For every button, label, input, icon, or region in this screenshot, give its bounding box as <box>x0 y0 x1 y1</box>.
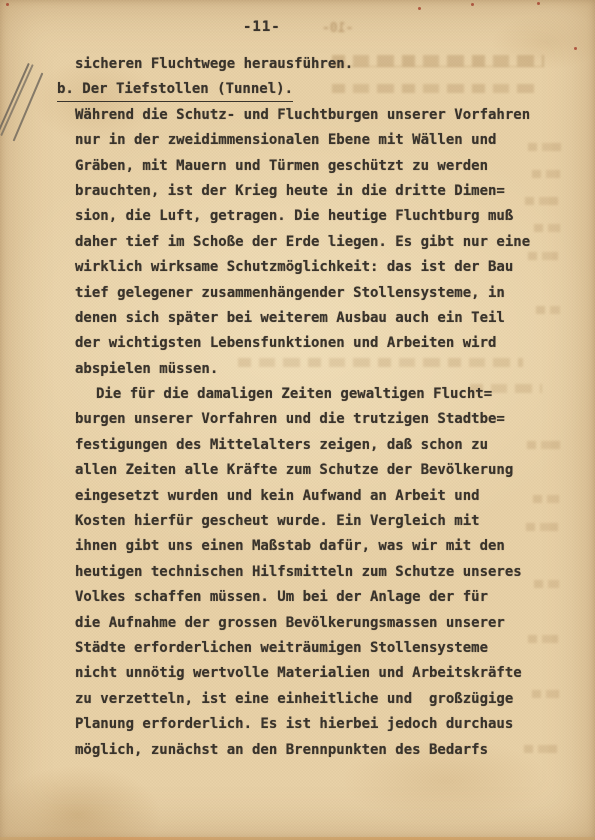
scanned-document-page: -11- -10- sicheren Fluchtwege herausführ… <box>0 0 595 840</box>
text-line: burgen unserer Vorfahren und die trutzig… <box>75 407 545 432</box>
text-line: ihnen gibt uns einen Maßstab dafür, was … <box>75 534 545 559</box>
text-line: Planung erforderlich. Es ist hierbei jed… <box>75 712 545 737</box>
bleedthrough-page-number: -10- <box>322 21 353 36</box>
text-line: sicheren Fluchtwege herausführen. <box>75 52 545 77</box>
pencil-stroke <box>13 73 44 142</box>
paper-speck <box>418 7 421 10</box>
text-line: allen Zeiten alle Kräfte zum Schutze der… <box>75 458 545 483</box>
paper-speck <box>6 3 9 6</box>
text-line: nicht unnötig wertvolle Materialien und … <box>75 661 545 686</box>
text-line: festigungen des Mittelalters zeigen, daß… <box>75 433 545 458</box>
text-line: sion, die Luft, getragen. Die heutige Fl… <box>75 204 545 229</box>
text-line: daher tief im Schoße der Erde liegen. Es… <box>75 230 545 255</box>
pencil-stroke <box>0 64 33 136</box>
text-line: Kosten hierfür gescheut wurde. Ein Vergl… <box>75 509 545 534</box>
text-line: Gräben, mit Mauern und Türmen geschützt … <box>75 154 545 179</box>
text-line: eingesetzt wurden und kein Aufwand an Ar… <box>75 484 545 509</box>
paper-speck <box>471 3 474 6</box>
text-line: heutigen technischen Hilfsmitteln zum Sc… <box>75 560 545 585</box>
text-line: abspielen müssen. <box>75 357 545 382</box>
page-number: -11- <box>243 19 281 35</box>
text-line: Volkes schaffen müssen. Um bei der Anlag… <box>75 585 545 610</box>
paper-speck <box>537 2 540 5</box>
text-line: nur in der zweidimmensionalen Ebene mit … <box>75 128 545 153</box>
text-line: tief gelegener zusammenhängender Stollen… <box>75 281 545 306</box>
text-line: Die für die damaligen Zeiten gewaltigen … <box>75 382 545 407</box>
text-line: Während die Schutz- und Fluchtburgen uns… <box>75 103 545 128</box>
section-heading: b. Der Tiefstollen (Tunnel). <box>57 77 545 102</box>
paper-speck <box>574 47 577 50</box>
section-heading-text: b. Der Tiefstollen (Tunnel). <box>57 79 293 102</box>
text-line: die Aufnahme der grossen Bevölkerungsmas… <box>75 611 545 636</box>
text-line: zu verzetteln, ist eine einheitliche und… <box>75 687 545 712</box>
text-line: wirklich wirksame Schutzmöglichkeit: das… <box>75 255 545 280</box>
document-text: sicheren Fluchtwege herausführen. b. Der… <box>75 52 545 763</box>
text-line: brauchten, ist der Krieg heute in die dr… <box>75 179 545 204</box>
text-line: Städte erforderlichen weiträumigen Stoll… <box>75 636 545 661</box>
text-line: der wichtigsten Lebensfunktionen und Arb… <box>75 331 545 356</box>
text-line: möglich, zunächst an den Brennpunkten de… <box>75 738 545 763</box>
text-line: denen sich später bei weiterem Ausbau au… <box>75 306 545 331</box>
